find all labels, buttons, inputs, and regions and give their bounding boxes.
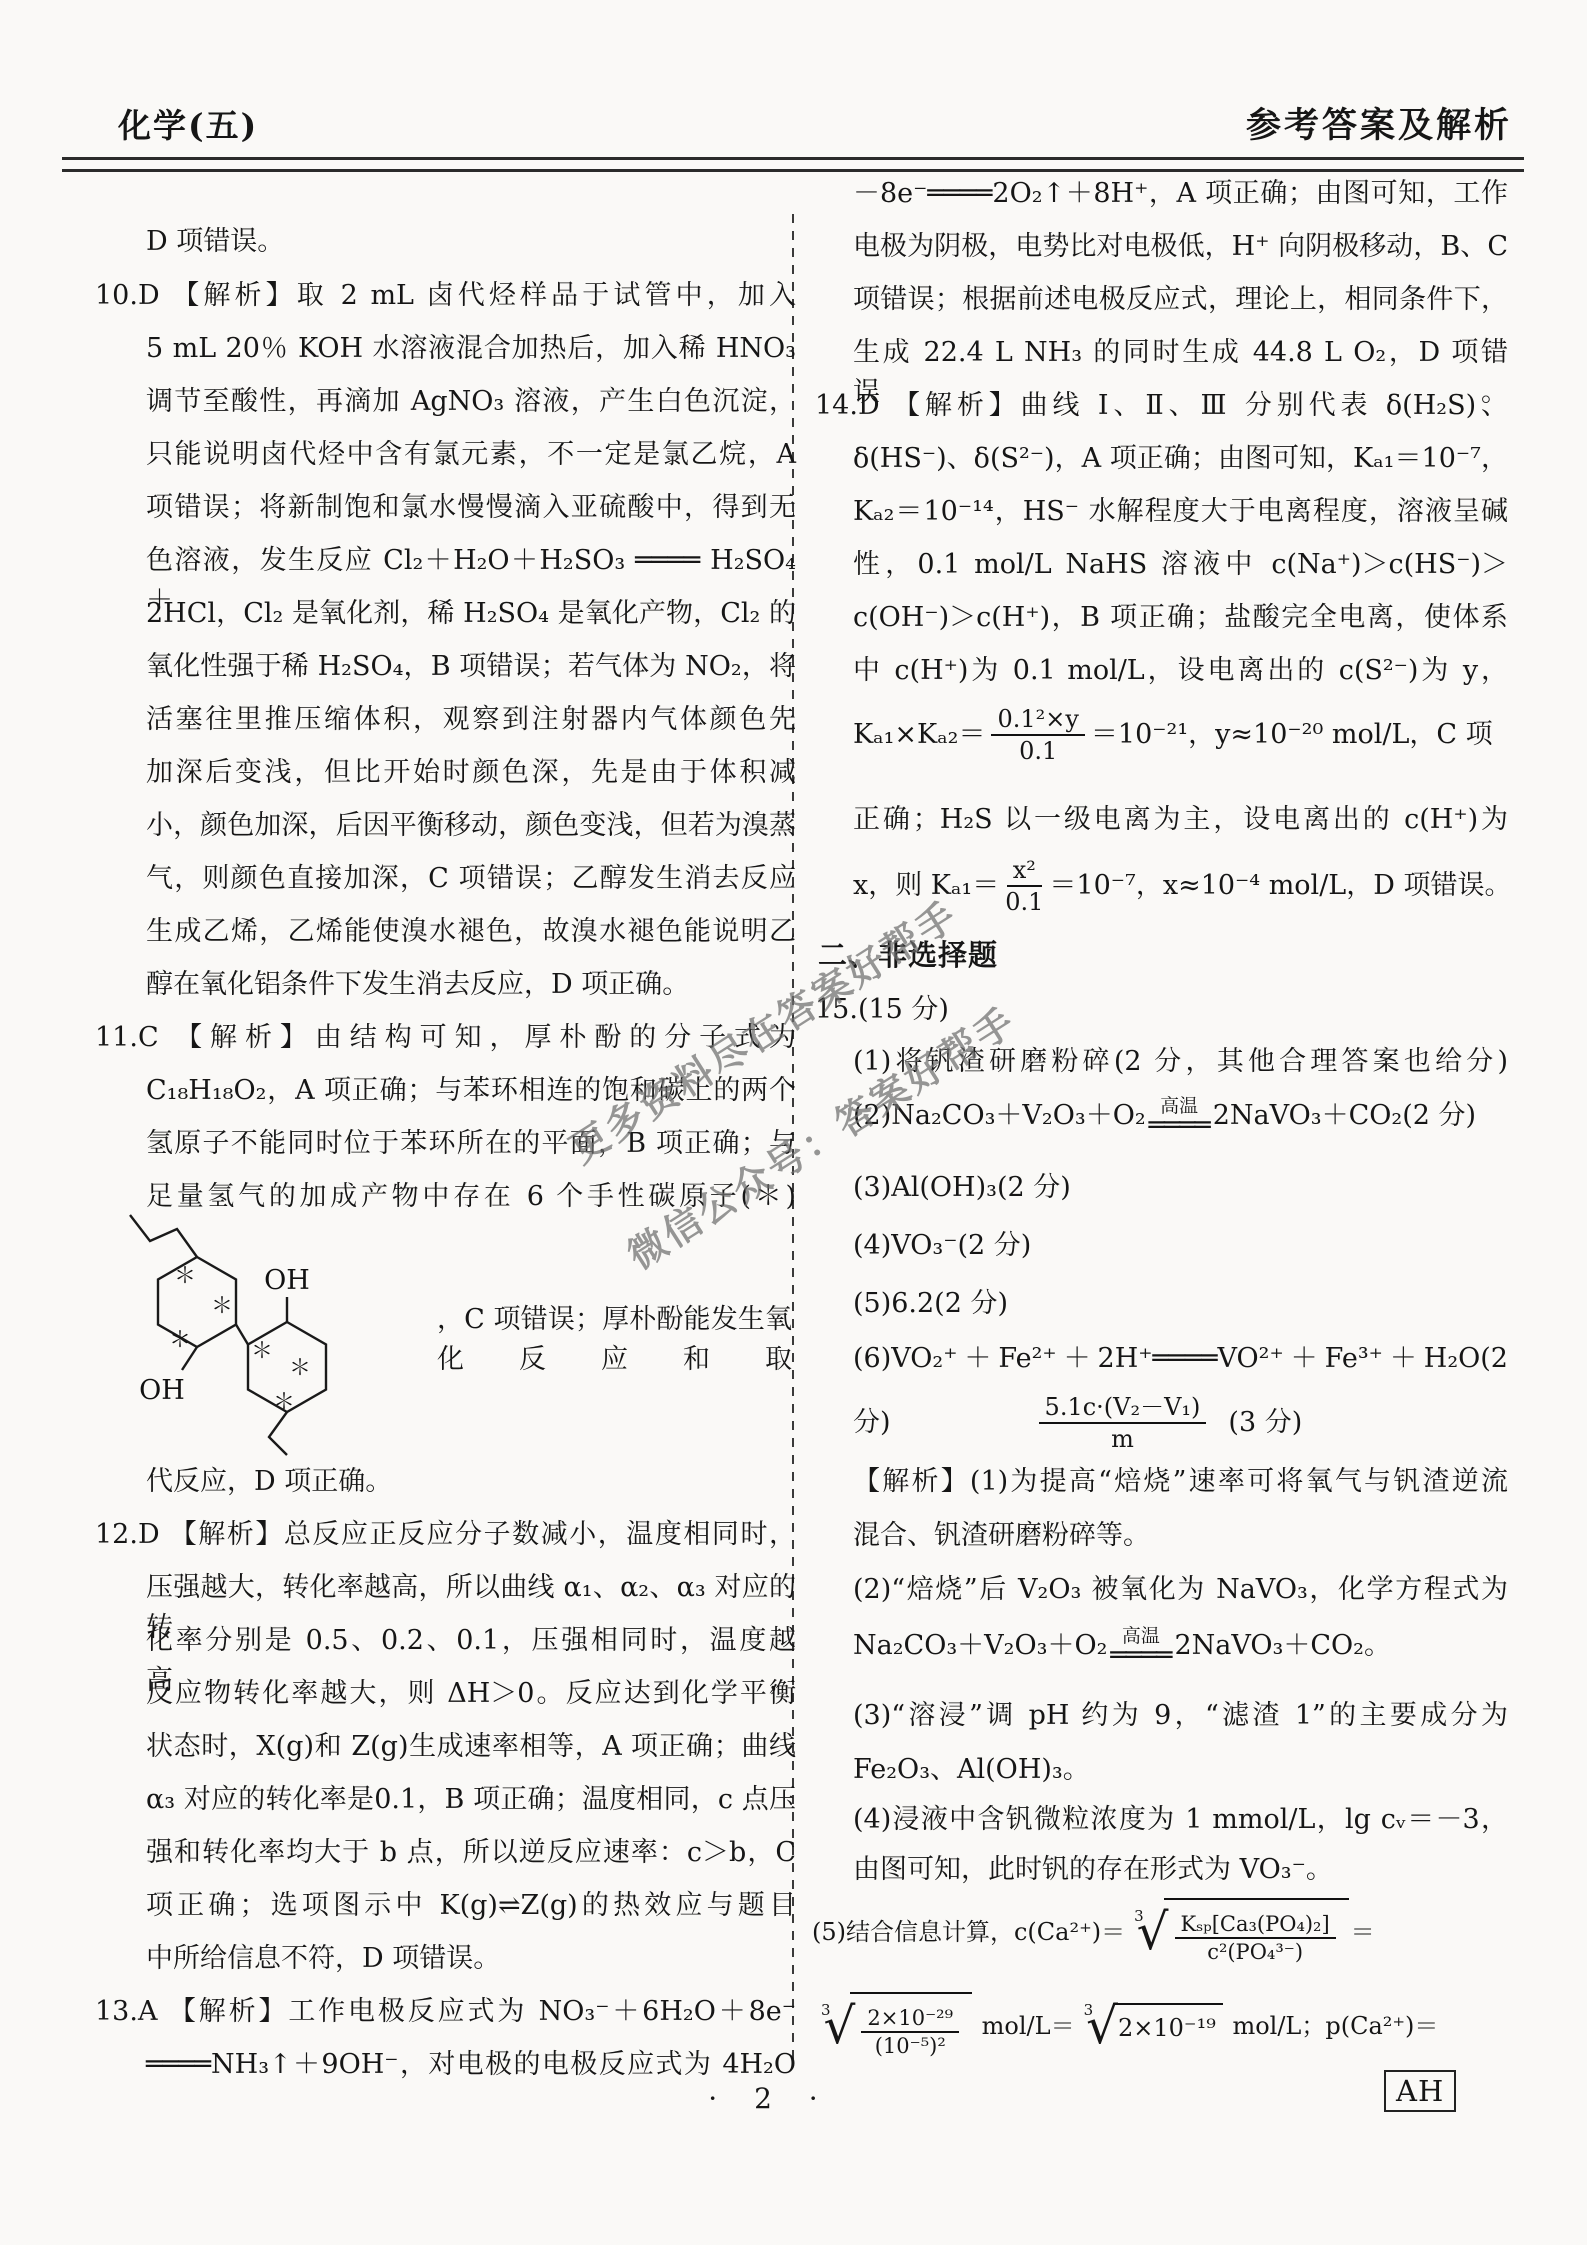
text-line: (4)VO₃⁻(2 分) [853, 1226, 1031, 1266]
formula-part: ＝10⁻²¹，y≈10⁻²⁰ mol/L，C 项 [1091, 715, 1493, 755]
chiral-carbon-mark: ＊ [211, 1294, 233, 1319]
text-line: ，C 项错误；厚朴酚能发生氧化反应和取 [437, 1300, 792, 1380]
formula-part: m [1111, 1424, 1134, 1454]
chiral-carbon-mark: ＊ [174, 1264, 196, 1289]
text-line: 项错误；根据前述电极反应式，理论上，相同条件下， [853, 280, 1508, 320]
text-line: 混合、钒渣研磨粉碎等。 [853, 1516, 1150, 1556]
text-line: (5)6.2(2 分) [853, 1284, 1008, 1324]
formula-part: Kₐ₁×Kₐ₂＝ [853, 715, 985, 755]
text-line: Fe₂O₃、Al(OH)₃。 [853, 1750, 1090, 1790]
radicand: 2×10⁻¹⁹ [1113, 2003, 1223, 2048]
radicand: Kₛₚ[Ca₃(PO₄)₂]c²(PO₄³⁻) [1164, 1898, 1349, 1966]
page-number: · 2 · [690, 2082, 850, 2115]
fraction: x²0.1 [1005, 855, 1043, 917]
text-line: 中 c(H⁺)为 0.1 mol/L，设电离出的 c(S²⁻)为 y， [853, 651, 1508, 691]
text-line: 项正确；选项图示中 K(g)⇌Z(g)的热效应与题目 [146, 1886, 796, 1926]
cube-root: 3√2×10⁻¹⁹ [1077, 2001, 1223, 2051]
text-line: (3)Al(OH)₃(2 分) [853, 1168, 1071, 1208]
text-line: 气，则颜色直接加深，C 项错误；乙醇发生消去反应 [146, 859, 796, 899]
text-line: 项错误；将新制饱和氯水慢慢滴入亚硫酸中，得到无 [146, 488, 796, 528]
text-line: 中所给信息不符，D 项错误。 [146, 1939, 796, 1979]
molecule-structure: OH OH ＊ ＊ ＊ ＊ ＊ ＊ [102, 1207, 437, 1459]
fraction: 0.1²×y0.1 [991, 704, 1084, 766]
header-double-rule [62, 157, 1524, 172]
text-line: 反应物转化率越大，则 ΔH＞0。反应达到化学平衡 [146, 1674, 796, 1714]
formula-part: mol/L；p(Ca²⁺)＝ [1225, 2006, 1439, 2046]
hydroxyl-label: OH [264, 1265, 310, 1296]
text-line: 2HCl，Cl₂ 是氧化剂，稀 H₂SO₄ 是氧化产物，Cl₂ 的 [146, 594, 796, 634]
text-line: 氢原子不能同时位于苯环所在的平面，B 项正确；与 [146, 1124, 796, 1164]
formula-part: 分) [853, 1403, 891, 1443]
formula-line: 3√2×10⁻²⁹(10⁻⁵)² mol/L＝3√2×10⁻¹⁹ mol/L；p… [812, 1992, 1517, 2060]
formula-part: 3 [1134, 1896, 1144, 1936]
formula-part: 0.1 [1019, 736, 1057, 766]
text-line: 醇在氧化铝条件下发生消去反应，D 项正确。 [146, 965, 796, 1005]
formula-part: mol/L＝ [974, 2006, 1075, 2046]
answers-title: 参考答案及解析 [1246, 98, 1512, 148]
cube-root: 3√2×10⁻²⁹(10⁻⁵)² [814, 1992, 972, 2060]
text-line: 强和转化率均大于 b 点，所以逆反应速率：c＞b，C [146, 1833, 796, 1873]
formula-part: ＝10⁻⁷，x≈10⁻⁴ mol/L，D 项错误。 [1049, 866, 1511, 906]
formula-part: ════ [1110, 1647, 1171, 1666]
text-line: 13.A 【解析】工作电极反应式为 NO₃⁻＋6H₂O＋8e⁻ [95, 1992, 796, 2032]
text-line: 【解析】(1)为提高“焙烧”速率可将氧气与钒渣逆流 [853, 1462, 1508, 1502]
text-line: 加深后变浅，但比开始时颜色深，先是由于体积减 [146, 753, 796, 793]
text-line: D 项错误。 [146, 222, 796, 262]
text-line: α₃ 对应的转化率是0.1，B 项正确；温度相同，c 点压 [146, 1780, 796, 1820]
fraction: 2×10⁻²⁹(10⁻⁵)² [861, 2005, 959, 2060]
chiral-carbon-mark: ＊ [169, 1328, 191, 1353]
formula-part: c²(PO₄³⁻) [1207, 1939, 1303, 1965]
fraction: Kₛₚ[Ca₃(PO₄)₂]c²(PO₄³⁻) [1175, 1911, 1336, 1966]
formula-part: ════ [1149, 1117, 1210, 1136]
formula-part: 0.1²×y [991, 704, 1084, 736]
formula-part: (3 分) [1228, 1403, 1302, 1443]
formula-part: Kₛₚ[Ca₃(PO₄)₂] [1175, 1911, 1336, 1939]
formula-part: 2×10⁻²⁹ [861, 2005, 959, 2033]
edition-box: AH [1384, 2070, 1456, 2112]
text-line: 5 mL 20％ KOH 水溶液混合加热后，加入稀 HNO₃ [146, 329, 796, 369]
text-line: 小，颜色加深，后因平衡移动，颜色变浅，但若为溴蒸 [146, 806, 796, 846]
text-line: 活塞往里推压缩体积，观察到注射器内气体颜色先 [146, 700, 796, 740]
formula-part: 2×10⁻¹⁹ [1118, 2014, 1216, 2042]
text-line: (4)浸液中含钒微粒浓度为 1 mmol/L，lg cᵥ＝－3， [853, 1800, 1508, 1840]
cube-root: 3√Kₛₚ[Ca₃(PO₄)₂]c²(PO₄³⁻) [1127, 1898, 1349, 1966]
text-line: 代反应，D 项正确。 [146, 1462, 796, 1502]
exam-answer-page: 化学(五) 参考答案及解析 D 项错误。10.D 【解析】取 2 mL 卤代烃样… [0, 0, 1587, 2245]
text-line: ════NH₃↑＋9OH⁻，对电极的电极反应式为 4H₂O [146, 2045, 796, 2085]
text-line: 只能说明卤代烃中含有氯元素，不一定是氯乙烷，A [146, 435, 796, 475]
text-line: Kₐ₂＝10⁻¹⁴，HS⁻ 水解程度大于电离程度，溶液呈碱 [853, 492, 1508, 532]
formula-part: 2NaVO₃＋CO₂(2 分) [1213, 1096, 1476, 1136]
formula-line: (2)Na₂CO₃＋V₂O₃＋O₂高温════2NaVO₃＋CO₂(2 分) [853, 1096, 1508, 1136]
formula-part: ＝ [1351, 1912, 1375, 1952]
reaction-condition: 高温════ [1149, 1097, 1210, 1136]
hydroxyl-label: OH [139, 1375, 185, 1406]
formula-part: Na₂CO₃＋V₂O₃＋O₂ [853, 1626, 1107, 1666]
formula-part: (10⁻⁵)² [875, 2033, 946, 2059]
text-line: (2)“焙烧”后 V₂O₃ 被氧化为 NaVO₃，化学方程式为 [853, 1570, 1508, 1610]
text-line: 性，0.1 mol/L NaHS 溶液中 c(Na⁺)＞c(HS⁻)＞ [853, 545, 1508, 585]
reaction-condition: 高温════ [1110, 1627, 1171, 1666]
formula-part: x² [1007, 855, 1042, 887]
formula-part: 2NaVO₃＋CO₂。 [1174, 1626, 1391, 1666]
formula-part: 5.1c·(V₂－V₁) [1039, 1392, 1207, 1424]
fraction: 5.1c·(V₂－V₁)m [1039, 1392, 1207, 1454]
formula-line: Kₐ₁×Kₐ₂＝0.1²×y0.1＝10⁻²¹，y≈10⁻²⁰ mol/L，C … [853, 704, 1508, 766]
text-line: c(OH⁻)＞c(H⁺)，B 项正确；盐酸完全电离，使体系 [853, 598, 1508, 638]
formula-part: 3 [1084, 1990, 1094, 2030]
chiral-carbon-mark: ＊ [251, 1339, 273, 1364]
text-line: 由图可知，此时钒的存在形式为 VO₃⁻。 [853, 1850, 1333, 1890]
radicand: 2×10⁻²⁹(10⁻⁵)² [850, 1992, 972, 2060]
formula-line: (5)结合信息计算，c(Ca²⁺)＝3√Kₛₚ[Ca₃(PO₄)₂]c²(PO₄… [812, 1898, 1517, 1966]
text-line: 正确；H₂S 以一级电离为主，设电离出的 c(H⁺)为 [853, 800, 1508, 840]
text-line: 状态时，X(g)和 Z(g)生成速率相等，A 项正确；曲线 [146, 1727, 796, 1767]
text-line: 12.D 【解析】总反应正反应分子数减小，温度相同时， [95, 1515, 796, 1555]
formula-line: 分)5.1c·(V₂－V₁)m(3 分) [853, 1392, 1508, 1454]
formula-part: (5)结合信息计算，c(Ca²⁺)＝ [812, 1912, 1125, 1952]
text-line: (6)VO₂⁺＋Fe²⁺＋2H⁺════VO²⁺＋Fe³⁺＋H₂O(2 [853, 1339, 1508, 1379]
text-line: 氧化性强于稀 H₂SO₄，B 项错误；若气体为 NO₂，将 [146, 647, 796, 687]
text-line: 10.D 【解析】取 2 mL 卤代烃样品于试管中，加入 [95, 276, 796, 316]
chiral-carbon-mark: ＊ [273, 1390, 295, 1415]
text-line: (3)“溶浸”调 pH 约为 9，“滤渣 1”的主要成分为 [853, 1696, 1508, 1736]
formula-part: 3 [821, 1990, 831, 2030]
text-line: 调节至酸性，再滴加 AgNO₃ 溶液，产生白色沉淀， [146, 382, 796, 422]
page-title: 化学(五) [118, 100, 258, 147]
text-line: 14.D 【解析】曲线 Ⅰ、Ⅱ、Ⅲ 分别代表 δ(H₂S)、 [815, 386, 1508, 426]
formula-part: 0.1 [1005, 887, 1043, 917]
text-line: －8e⁻════2O₂↑＋8H⁺，A 项正确；由图可知，工作 [853, 174, 1508, 214]
text-line: 生成乙烯，乙烯能使溴水褪色，故溴水褪色能说明乙 [146, 912, 796, 952]
formula-line: Na₂CO₃＋V₂O₃＋O₂高温════2NaVO₃＋CO₂。 [853, 1626, 1508, 1666]
text-line: δ(HS⁻)、δ(S²⁻)，A 项正确；由图可知，Kₐ₁＝10⁻⁷， [853, 439, 1508, 479]
text-line: 电极为阴极，电势比对电极低，H⁺ 向阴极移动，B、C [853, 227, 1508, 267]
chiral-carbon-mark: ＊ [289, 1356, 311, 1381]
